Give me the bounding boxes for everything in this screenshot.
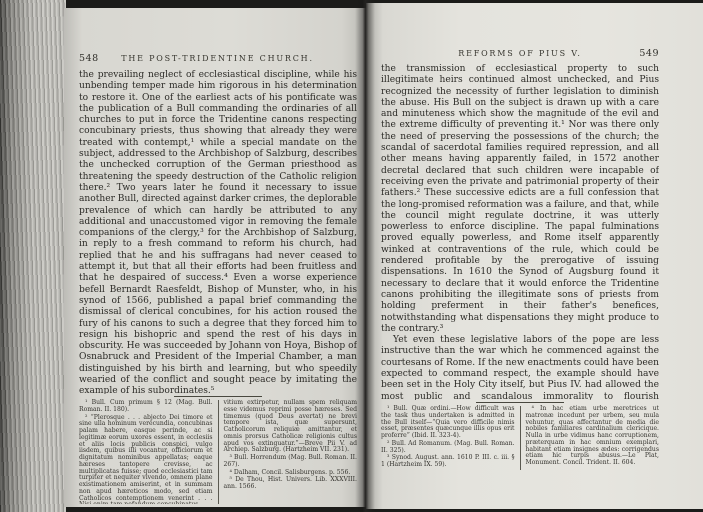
footnote-column-1: ¹ Bull. Quæ ordini.—How difficult was th… — [381, 406, 515, 470]
binding-gutter-shadow — [355, 0, 375, 512]
footnote-rule — [174, 396, 262, 397]
footnote: vitium extirpetur, nullam spem reliquam … — [224, 400, 358, 454]
page-number-left: 548 — [79, 53, 99, 64]
footnote-column-2: vitium extirpetur, nullam spem reliquam … — [218, 400, 358, 504]
footnote-columns: ¹ Bull. Quæ ordini.—How difficult was th… — [381, 406, 659, 470]
footnote: ¹ Bull. Quæ ordini.—How difficult was th… — [381, 406, 515, 440]
footnote-column-2: ⁴ In hac etiam urbe meretrices ut matron… — [520, 406, 660, 470]
body-text-right: the transmission of ecclesiastical prope… — [381, 64, 659, 400]
footnotes-right: ¹ Bull. Quæ ordini.—How difficult was th… — [381, 402, 659, 506]
body-text-left: the prevailing neglect of ecclesiastical… — [79, 70, 357, 394]
footnote: ³ Synod. August. ann. 1610 P. III. c. ii… — [381, 455, 515, 469]
book-page-edges — [0, 0, 66, 512]
footnote-rule — [476, 402, 564, 403]
page-header-right: REFORMS OF PIUS V. 549 — [381, 49, 659, 58]
page-header-left: 548 THE POST-TRIDENTINE CHURCH. — [79, 54, 356, 63]
footnotes-left: ¹ Bull. Cum primum § 12 (Mag. Bull. Roma… — [79, 396, 357, 504]
page-549: REFORMS OF PIUS V. 549 the transmission … — [366, 3, 703, 509]
footnote: ² “Plerosque . . . abjecto Dei timore et… — [79, 415, 213, 505]
paragraph: Yet even these legislative labors of the… — [381, 335, 659, 400]
footnote: ² Bull. Ad Romanum. (Mag. Bull. Roman. I… — [381, 441, 515, 455]
footnote-column-1: ¹ Bull. Cum primum § 12 (Mag. Bull. Roma… — [79, 400, 213, 504]
footnote: ⁴ Dalham, Concil. Salisburgens. p. 556. — [224, 470, 358, 477]
paragraph: the prevailing neglect of ecclesiastical… — [79, 70, 357, 394]
running-head-right: REFORMS OF PIUS V. — [458, 49, 582, 58]
paragraph: the transmission of ecclesiastical prope… — [381, 64, 659, 335]
footnote: ⁵ De Thou, Hist. Univers. Lib. XXXVIII. … — [224, 477, 358, 491]
page-548: 548 THE POST-TRIDENTINE CHURCH. the prev… — [64, 8, 366, 507]
footnote: ¹ Bull. Cum primum § 12 (Mag. Bull. Roma… — [79, 400, 213, 414]
footnote-columns: ¹ Bull. Cum primum § 12 (Mag. Bull. Roma… — [79, 400, 357, 504]
page-number-right: 549 — [639, 48, 659, 59]
footnote: ³ Bull. Horrendum (Mag. Bull. Roman. II.… — [224, 455, 358, 469]
running-head-left: THE POST-TRIDENTINE CHURCH. — [121, 54, 314, 63]
footnote: ⁴ In hac etiam urbe meretrices ut matron… — [526, 406, 660, 467]
